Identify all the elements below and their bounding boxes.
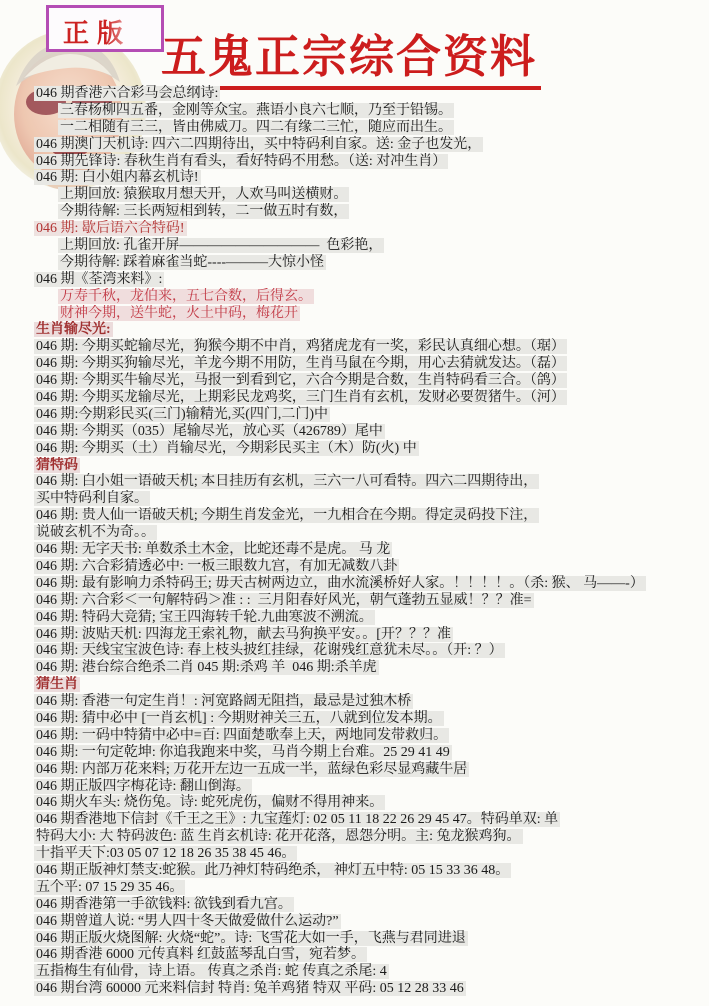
text-line: 046 期: 波贴天机: 四海龙王索礼物，献去马狗换平安。。[开？？？准 [0,626,709,643]
text-line-content: 046 期: 今期买牛输尽光，马报一到看到它，六合今期是合数，生肖特码看三合。（… [34,373,567,388]
page-header: 正版 五鬼正宗综合资料 [0,0,709,84]
text-line: 三春杨柳四五番，金刚等众宝。燕语小良六七顺，乃至于铅锡。 [0,102,709,119]
text-line-content: 猜特码 [34,458,80,473]
text-line: 上期回放: 孔雀开屏—————————— 色彩艳， [0,237,709,254]
text-line: 046 期香港六合彩马会总纲诗: [0,85,709,102]
text-line-content: 买中特码利自家。 [34,491,150,506]
text-line: 046 期: 一句定乾坤: 你追我跑来中奖，马肖今期上台难。25 29 41 4… [0,744,709,761]
text-line: 046 期: 今期买狗输尽光，羊龙今期不用防，生肖马鼠在今期，用心去猜就发达。（… [0,355,709,372]
text-line-content: 046 期香港 6000 元传真料 红鼓蓝琴乱白雪，宛若梦。 [34,947,367,962]
text-line-content: 特码大小: 大 特码波色: 蓝 生肖玄机诗: 花开花落，恩怨分明。主: 兔龙猴鸡… [34,829,523,844]
text-line-content: 今期待解: 三长两短相到转，二一做五时有数， [58,204,349,219]
text-line-content: 046 期: 最有影响力杀特码王; 毋天古树两边立，曲水流溪桥好人家。！！！！。… [34,576,646,591]
text-line: 财神今期，送牛蛇，火土中码，梅花开 [0,305,709,322]
text-line-content: 一二相随有三三，皆由佛威刀。四二有缘二三忙，随应而出生。 [58,120,454,135]
text-line: 046 期: 六合彩＜一句解特码＞准 : : 三月阳春好风光，朝气蓬勃五显威！？… [0,592,709,609]
text-line-content: 046 期: 香港一句定生肖！: 河宽路阔无阻挡，最忌是过独木桥 [34,694,413,709]
text-line-content: 046 期: 今期买龙输尽光，上期彩民龙鸡奖，三门生肖有玄机，发财必要贺猪牛。（… [34,390,567,405]
text-line: 046 期《荃湾来料》: [0,271,709,288]
text-line-content: 046 期: 今期买（035）尾输尽光，放心买（426789）尾中 [34,424,385,439]
lottery-tipsheet-page: 正版 五鬼正宗综合资料 046 期香港六合彩马会总纲诗:三春杨柳四五番，金刚等众… [0,0,709,1006]
text-line: 046 期先锋诗: 春秋生肖有看头，看好特码不用愁。（送: 对冲生肖） [0,153,709,170]
text-line-content: 046 期: 今期买狗输尽光，羊龙今期不用防，生肖马鼠在今期，用心去猜就发达。（… [34,356,567,371]
text-line: 046 期: 内部万花来料; 万花开左边一五成一半，蓝绿色彩尽显鸡藏牛居 [0,761,709,778]
text-line-content: 046 期香港第一手欲钱料: 欲钱到看九宫。 [34,897,294,912]
text-line: 今期待解: 三长两短相到转，二一做五时有数， [0,203,709,220]
text-line-content: 046 期香港六合彩马会总纲诗: [34,86,220,101]
text-line: 046 期: 无字天书: 单数杀土木金，比蛇还毒不是虎。 马 龙 [0,541,709,558]
text-line: 046 期: 白小姐内幕玄机诗! [0,169,709,186]
text-line-content: 046 期: 白小姐内幕玄机诗! [34,170,201,185]
text-line: 特码大小: 大 特码波色: 蓝 生肖玄机诗: 花开花落，恩怨分明。主: 兔龙猴鸡… [0,828,709,845]
text-line: 046 期火车头: 烧伤兔。诗: 蛇死虎伤，偏财不得用神来。 [0,794,709,811]
text-line: 猜特码 [0,457,709,474]
text-line-content: 046 期: 特码大竞猜; 宝王四海转千轮.九曲寒波不溯流。 [34,610,375,625]
text-line: 046 期正版四字梅花诗: 翻山倒海。 [0,778,709,795]
text-line-content: 046 期: 波贴天机: 四海龙王索礼物，献去马狗换平安。。[开？？？准 [34,627,453,642]
text-line: 五指梅生有仙骨，诗上语。 传真之杀肖: 蛇 传真之杀尾: 4 [0,963,709,980]
text-line: 046 期: 今期买蛇输尽光，狗猴今期不中肖，鸡猪虎龙有一奖，彩民认真细心想。（… [0,338,709,355]
text-line: 046 期正版火烧图解: 火烧“蛇”。诗: 飞雪花大如一手，飞燕与君同进退 [0,930,709,947]
text-line: 046 期香港第一手欲钱料: 欲钱到看九宫。 [0,896,709,913]
text-line: 046 期香港地下信封《千王之王》: 九宝莲灯: 02 05 11 18 22 … [0,811,709,828]
text-line: 046 期: 港台综合绝杀二肖 045 期:杀鸡 羊 046 期:杀羊虎 [0,659,709,676]
text-line-content: 046 期: 一句定乾坤: 你追我跑来中奖，马肖今期上台难。25 29 41 4… [34,745,452,760]
text-line: 046 期: 香港一句定生肖！: 河宽路阔无阻挡，最忌是过独木桥 [0,693,709,710]
stamp-fade-overlay [106,8,161,49]
text-line-content: 046 期火车头: 烧伤兔。诗: 蛇死虎伤，偏财不得用神来。 [34,795,385,810]
text-line: 046 期: 白小姐一语破天机; 本日挂历有玄机，三六一八可看特。四六二四期待出… [0,473,709,490]
text-line-content: 046 期先锋诗: 春秋生肖有看头，看好特码不用愁。（送: 对冲生肖） [34,154,448,169]
text-line-content: 046 期: 一码中特猜中必中=百: 四面楚歌奉上天，两地同发带救归。 [34,728,449,743]
text-line: 046 期: 天线宝宝波色诗: 春上枝头披红挂绿，花谢残红意犹未尽。。（开: ？… [0,642,709,659]
text-line: 046 期台湾 60000 元来料信封 特肖: 兔羊鸡猪 特双 平码: 05 1… [0,980,709,997]
text-line: 一二相随有三三，皆由佛威刀。四二有缘二三忙，随应而出生。 [0,119,709,136]
text-line: 046 期: 今期买龙输尽光，上期彩民龙鸡奖，三门生肖有玄机，发财必要贺猪牛。（… [0,389,709,406]
text-line: 046 期香港 6000 元传真料 红鼓蓝琴乱白雪，宛若梦。 [0,946,709,963]
text-line-content: 十指平天下:03 05 07 12 18 26 35 38 45 46。 [34,846,297,861]
text-line-content: 三春杨柳四五番，金刚等众宝。燕语小良六七顺，乃至于铅锡。 [58,103,454,118]
text-line-content: 046 期: 港台综合绝杀二肖 045 期:杀鸡 羊 046 期:杀羊虎 [34,660,379,675]
text-line-content: 046 期:今期彩民买(三门)输精光,买(四门,二门)中 [34,407,330,422]
text-line: 046 期: 一码中特猜中必中=百: 四面楚歌奉上天，两地同发带救归。 [0,727,709,744]
text-line-content: 046 期: 歇后语六合特码! [34,221,187,236]
text-line: 五个平: 07 15 29 35 46。 [0,879,709,896]
text-line: 046 期: 特码大竞猜; 宝王四海转千轮.九曲寒波不溯流。 [0,609,709,626]
text-line-content: 046 期澳门天机诗: 四六二四期待出，买中特码利自家。送: 金子也发光， [34,137,483,152]
text-line-content: 046 期香港地下信封《千王之王》: 九宝莲灯: 02 05 11 18 22 … [34,812,560,827]
text-line: 今期待解: 踩着麻雀当蛇----———大惊小怪 [0,254,709,271]
text-line-content: 上期回放: 猿猴取月想天开，人欢马叫送横财。 [58,187,349,202]
text-line-content: 046 期: 今期买（土）肖输尽光，今期彩民买主（木）防(火) 中 [34,441,419,456]
authenticity-stamp: 正版 [46,5,164,52]
text-line-content: 046 期: 贵人仙一语破天机; 今期生肖发金光，一九相合在今期。得定灵码投下注… [34,508,539,523]
text-line-content: 046 期: 六合彩猜透必中: 一板三眼数九宫，有加无减数八卦 [34,559,399,574]
page-title: 五鬼正宗综合资料 [157,20,541,90]
text-line-content: 046 期《荃湾来料》: [34,272,164,287]
text-line: 046 期: 今期买（035）尾输尽光，放心买（426789）尾中 [0,423,709,440]
text-line: 046 期: 最有影响力杀特码王; 毋天古树两边立，曲水流溪桥好人家。！！！！。… [0,575,709,592]
text-line-content: 046 期正版神灯禁支:蛇猴。此乃神灯特码绝杀， 神灯五中特: 05 15 33… [34,863,511,878]
text-line-content: 046 期: 六合彩＜一句解特码＞准 : : 三月阳春好风光，朝气蓬勃五显威！？… [34,593,534,608]
text-line: 说破玄机不为奇。。 [0,524,709,541]
text-line-content: 046 期: 猜中必中 [一肖玄机] : 今期财神关三五，八就到位发本期。 [34,711,444,726]
text-line-content: 今期待解: 踩着麻雀当蛇----———大惊小怪 [58,255,326,270]
text-line-content: 046 期: 今期买蛇输尽光，狗猴今期不中肖，鸡猪虎龙有一奖，彩民认真细心想。（… [34,339,567,354]
text-line-content: 生肖输尽光: [34,322,113,337]
text-line: 买中特码利自家。 [0,490,709,507]
text-line-content: 财神今期，送牛蛇，火土中码，梅花开 [58,306,300,321]
text-line: 生肖输尽光: [0,321,709,338]
text-line-content: 猜生肖 [34,677,80,692]
text-line-content: 上期回放: 孔雀开屏—————————— 色彩艳， [58,238,384,253]
text-line: 046 期: 猜中必中 [一肖玄机] : 今期财神关三五，八就到位发本期。 [0,710,709,727]
text-line: 046 期: 今期买（土）肖输尽光，今期彩民买主（木）防(火) 中 [0,440,709,457]
text-line: 046 期澳门天机诗: 四六二四期待出，买中特码利自家。送: 金子也发光， [0,136,709,153]
text-line-content: 说破玄机不为奇。。 [34,525,157,540]
text-line: 046 期曾道人说: “男人四十冬天做爱做什么运动?” [0,913,709,930]
text-line-content: 046 期曾道人说: “男人四十冬天做爱做什么运动?” [34,914,341,929]
text-line-content: 五个平: 07 15 29 35 46。 [34,880,185,895]
text-line: 上期回放: 猿猴取月想天开，人欢马叫送横财。 [0,186,709,203]
text-line: 十指平天下:03 05 07 12 18 26 35 38 45 46。 [0,845,709,862]
text-line: 046 期正版神灯禁支:蛇猴。此乃神灯特码绝杀， 神灯五中特: 05 15 33… [0,862,709,879]
text-line: 046 期: 六合彩猜透必中: 一板三眼数九宫，有加无减数八卦 [0,558,709,575]
text-line-content: 万寿千秋，龙伯来，五七合数，后得玄。 [58,289,314,304]
text-line-content: 046 期台湾 60000 元来料信封 特肖: 兔羊鸡猪 特双 平码: 05 1… [34,981,466,996]
text-line: 046 期: 贵人仙一语破天机; 今期生肖发金光，一九相合在今期。得定灵码投下注… [0,507,709,524]
text-line: 猜生肖 [0,676,709,693]
text-line-content: 046 期: 内部万花来料; 万花开左边一五成一半，蓝绿色彩尽显鸡藏牛居 [34,762,469,777]
text-line-content: 046 期: 无字天书: 单数杀土木金，比蛇还毒不是虎。 马 龙 [34,542,392,557]
text-line-content: 046 期正版火烧图解: 火烧“蛇”。诗: 飞雪花大如一手，飞燕与君同进退 [34,931,468,946]
text-line-content: 五指梅生有仙骨，诗上语。 传真之杀肖: 蛇 传真之杀尾: 4 [34,964,389,979]
text-line-content: 046 期: 白小姐一语破天机; 本日挂历有玄机，三六一八可看特。四六二四期待出… [34,474,539,489]
text-line-content: 046 期: 天线宝宝波色诗: 春上枝头披红挂绿，花谢残红意犹未尽。。（开: ？… [34,643,505,658]
text-line: 046 期:今期彩民买(三门)输精光,买(四门,二门)中 [0,406,709,423]
text-line-content: 046 期正版四字梅花诗: 翻山倒海。 [34,779,252,794]
text-line: 046 期: 歇后语六合特码! [0,220,709,237]
document-lines: 046 期香港六合彩马会总纲诗:三春杨柳四五番，金刚等众宝。燕语小良六七顺，乃至… [0,84,709,997]
text-line: 万寿千秋，龙伯来，五七合数，后得玄。 [0,288,709,305]
text-line: 046 期: 今期买牛输尽光，马报一到看到它，六合今期是合数，生肖特码看三合。（… [0,372,709,389]
